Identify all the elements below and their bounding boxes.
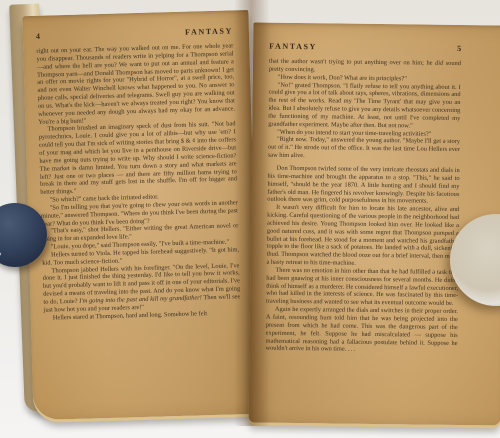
text-run: "Right now. Today," answered the young a… — [268, 136, 460, 159]
paragraph: There was no emotion in him other than t… — [266, 267, 458, 309]
text-run: It wasn't very difficult for him to loca… — [266, 204, 459, 267]
left-page-content: 4 FANTASY right out on your ear. The way… — [22, 10, 259, 420]
paragraph: It wasn't very difficult for him to loca… — [266, 204, 459, 269]
left-page-header: 4 FANTASY — [36, 26, 233, 40]
left-page-number: 4 — [36, 32, 40, 41]
text-run: "No!" grated Thompson. "I flatly refuse … — [268, 81, 461, 129]
paragraph: Again he expertly arranged the dials and… — [265, 306, 458, 355]
photo-background: 4 FANTASY right out on your ear. The way… — [0, 0, 500, 438]
paragraph: "No!" grated Thompson. "I flatly refuse … — [268, 81, 461, 130]
paragraph: Thompson brushed an imaginary speck of d… — [38, 121, 237, 197]
paragraph: Thompson jabbed Hellers with his forefin… — [42, 262, 240, 315]
right-page: FANTASY 5 that the author wasn't trying … — [249, 22, 500, 425]
right-running-title: FANTASY — [269, 42, 317, 52]
text-run: Thompson brushed an imaginary speck of d… — [39, 121, 237, 196]
left-page: 4 FANTASY right out on your ear. The way… — [22, 10, 259, 420]
left-page-text: right out on your ear. The way you walke… — [36, 42, 241, 322]
paragraph: Don Thompson twirled some of the very in… — [267, 165, 459, 207]
right-page-number: 5 — [457, 44, 461, 53]
right-page-text: that the author wasn't trying to put any… — [265, 58, 461, 356]
text-run: There was no emotion in him other than t… — [266, 267, 458, 308]
text-run: right out on your ear. The way you walke… — [36, 42, 235, 125]
paragraph: "Right now. Today," answered the young a… — [268, 136, 460, 162]
right-page-content: FANTASY 5 that the author wasn't trying … — [249, 22, 500, 425]
text-run: Don Thompson twirled some of the very in… — [267, 165, 459, 205]
paragraph: right out on your ear. The way you walke… — [36, 42, 235, 126]
left-running-title: FANTASY — [185, 26, 233, 36]
right-page-header: FANTASY 5 — [269, 42, 461, 53]
text-run: Again he expertly arranged the dials and… — [265, 306, 458, 353]
